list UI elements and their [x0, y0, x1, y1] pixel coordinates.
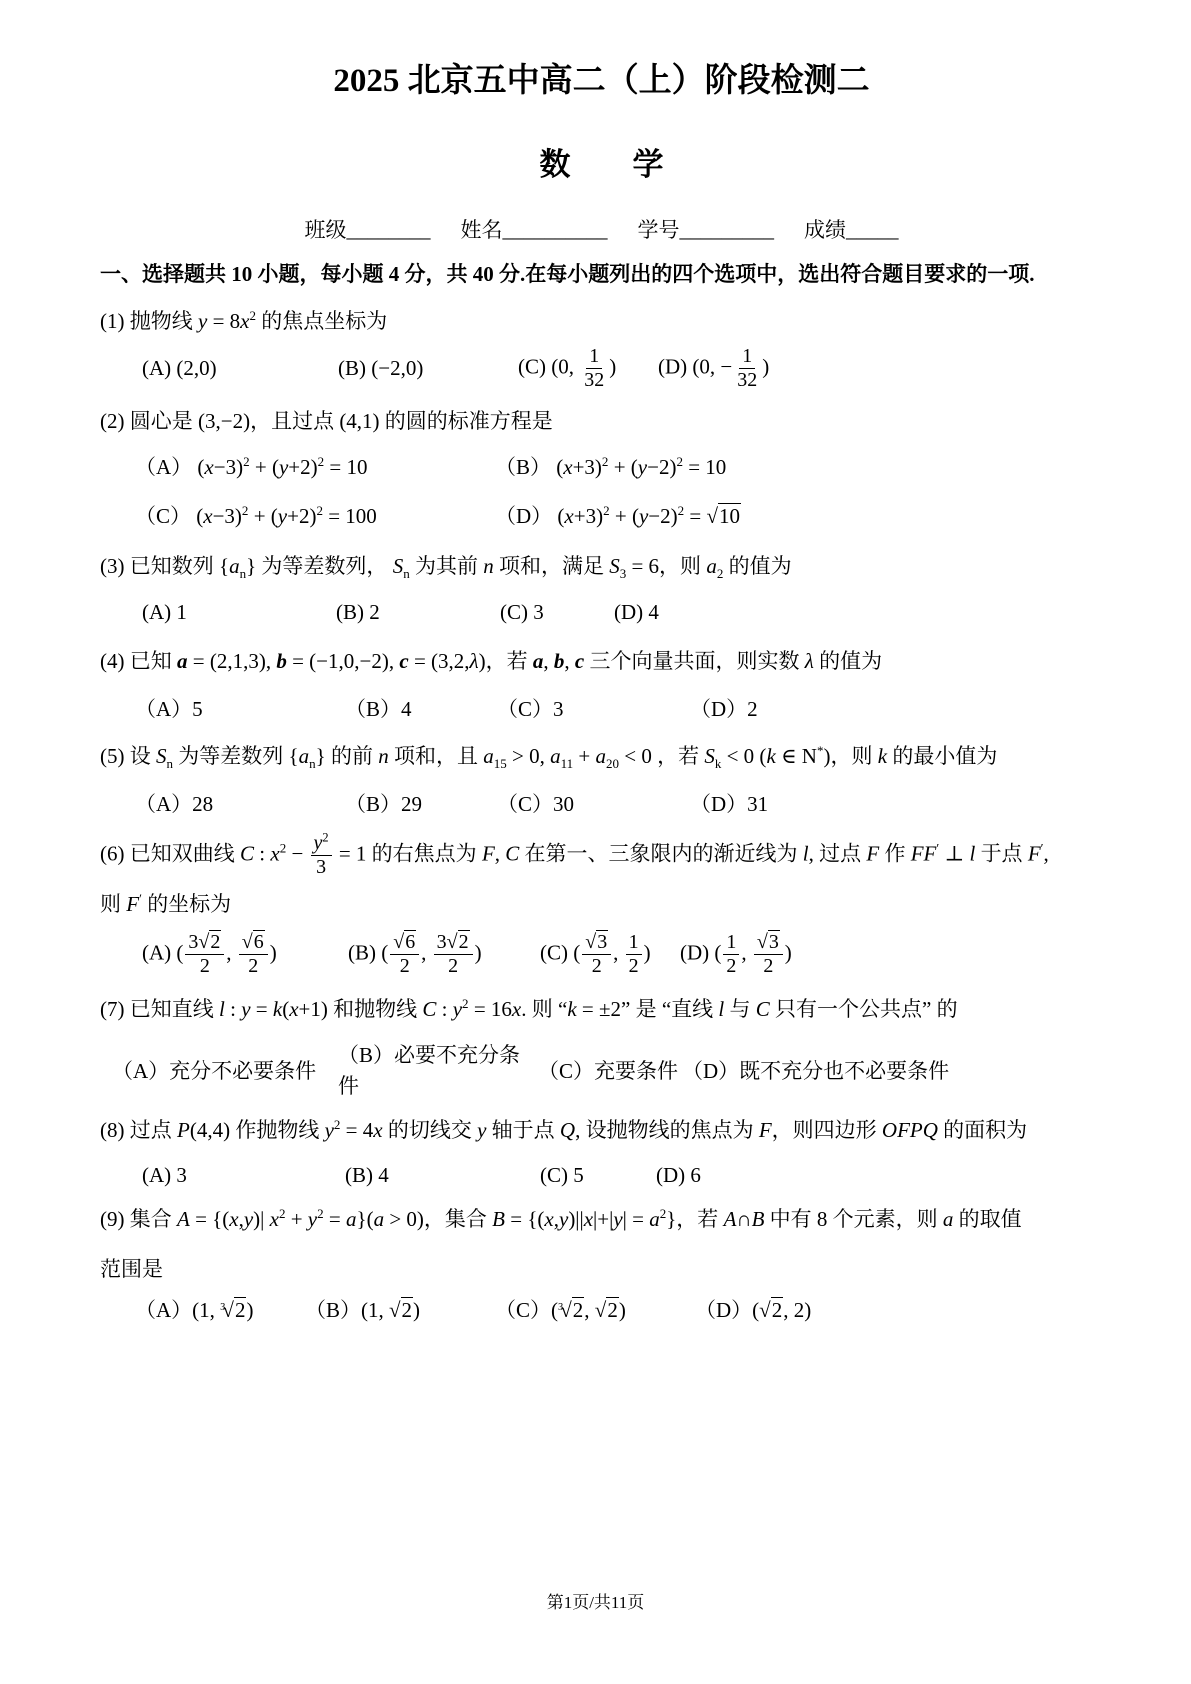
question-2-options-row-1: （A） (x−3)2 + (y+2)2 = 10 （B） (x+3)2 + (y… — [100, 452, 1103, 482]
question-6-options: (A) (3√22, √62) (B) (√62, 3√22) (C) (√32… — [100, 931, 1103, 978]
question-9-option-a: （A）(1, 3√2) — [135, 1295, 305, 1325]
question-6-stem-line-2: 则 F′ 的坐标为 — [100, 889, 1103, 919]
class-blank: 班级________ — [305, 217, 431, 244]
question-7-option-c: （C）充要条件 — [538, 1056, 682, 1086]
question-1-stem: (1) 抛物线 y = 8x2 的焦点坐标为 — [100, 306, 1103, 336]
question-9-option-c: （C）(3√2, √2) — [495, 1295, 695, 1325]
question-1-options: (A) (2,0) (B) (−2,0) (C) (0, 132) (D) (0… — [100, 345, 1103, 392]
question-7: (7) 已知直线 l : y = k(x+1) 和抛物线 C : y2 = 16… — [100, 994, 1103, 1101]
question-2-options-row-2: （C） (x−3)2 + (y+2)2 = 100 （D） (x+3)2 + (… — [100, 501, 1103, 531]
question-7-option-d: （D）既不充分也不必要条件 — [682, 1056, 949, 1086]
question-8-options: (A) 3 (B) 4 (C) 5 (D) 6 — [100, 1160, 1103, 1190]
question-6: (6) 已知双曲线 C : x2 − y23 = 1 的右焦点为 F, C 在第… — [100, 832, 1103, 978]
question-3-option-d: (D) 4 — [614, 597, 659, 627]
question-9-stem: (9) 集合 A = {(x,y)| x2 + y2 = a}(a > 0)，集… — [100, 1204, 1103, 1234]
question-4-stem: (4) 已知 a = (2,1,3), b = (−1,0,−2), c = (… — [100, 646, 1103, 676]
question-2: (2) 圆心是 (3,−2)，且过点 (4,1) 的圆的标准方程是 （A） (x… — [100, 406, 1103, 531]
exam-page: 2025 北京五中高二（上）阶段检测二 数 学 班级________ 姓名___… — [0, 0, 1191, 1684]
question-4-options: （A）5 （B）4 （C）3 （D）2 — [100, 694, 1103, 724]
section-header: 一、选择题共 10 小题，每小题 4 分，共 40 分.在每小题列出的四个选项中… — [100, 260, 1103, 288]
question-8-option-c: (C) 5 — [540, 1160, 656, 1190]
question-5-options: （A）28 （B）29 （C）30 （D）31 — [100, 789, 1103, 819]
question-9: (9) 集合 A = {(x,y)| x2 + y2 = a}(a > 0)，集… — [100, 1204, 1103, 1325]
question-5-option-d: （D）31 — [690, 789, 768, 819]
question-9-option-b: （B）(1, √2) — [305, 1295, 495, 1325]
subject-title: 数 学 — [100, 146, 1103, 183]
page-number-footer: 第1页/共11页 — [0, 1588, 1191, 1613]
student-id-blank: 学号_________ — [638, 217, 775, 244]
question-3-option-c: (C) 3 — [500, 597, 614, 627]
question-1: (1) 抛物线 y = 8x2 的焦点坐标为 (A) (2,0) (B) (−2… — [100, 306, 1103, 391]
question-6-option-b: (B) (√62, 3√22) — [348, 931, 540, 978]
question-7-options: （A）充分不必要条件 （B）必要不充分条件 （C）充要条件 （D）既不充分也不必… — [100, 1040, 1103, 1101]
question-1-option-b: (B) (−2,0) — [338, 353, 518, 383]
question-5: (5) 设 Sn 为等差数列 {an} 的前 n 项和，且 a15 > 0, a… — [100, 741, 1103, 820]
question-3-option-a: (A) 1 — [142, 597, 336, 627]
question-5-option-c: （C）30 — [497, 789, 690, 819]
question-6-option-c: (C) (√32, 12) — [540, 931, 680, 978]
question-3-option-b: (B) 2 — [336, 597, 500, 627]
question-3-stem: (3) 已知数列 {an} 为等差数列， Sn 为其前 n 项和，满足 S3 =… — [100, 551, 1103, 581]
question-1-option-c: (C) (0, 132) — [518, 345, 658, 392]
question-8: (8) 过点 P(4,4) 作抛物线 y2 = 4x 的切线交 y 轴于点 Q,… — [100, 1115, 1103, 1190]
question-2-option-a: （A） (x−3)2 + (y+2)2 = 10 — [135, 452, 495, 482]
question-7-stem: (7) 已知直线 l : y = k(x+1) 和抛物线 C : y2 = 16… — [100, 994, 1103, 1024]
question-5-option-a: （A）28 — [135, 789, 345, 819]
question-4-option-d: （D）2 — [690, 694, 758, 724]
question-5-stem: (5) 设 Sn 为等差数列 {an} 的前 n 项和，且 a15 > 0, a… — [100, 741, 1103, 771]
exam-content: 2025 北京五中高二（上）阶段检测二 数 学 班级________ 姓名___… — [0, 62, 1191, 1325]
question-4: (4) 已知 a = (2,1,3), b = (−1,0,−2), c = (… — [100, 646, 1103, 725]
question-2-option-b: （B） (x+3)2 + (y−2)2 = 10 — [495, 452, 726, 482]
question-9-stem-line-2: 范围是 — [100, 1254, 1103, 1284]
question-4-option-c: （C）3 — [497, 694, 690, 724]
question-4-option-a: （A）5 — [135, 694, 345, 724]
question-8-option-b: (B) 4 — [345, 1160, 540, 1190]
question-9-options: （A）(1, 3√2) （B）(1, √2) （C）(3√2, √2) （D）(… — [100, 1295, 1103, 1325]
question-6-option-a: (A) (3√22, √62) — [142, 931, 348, 978]
question-6-stem: (6) 已知双曲线 C : x2 − y23 = 1 的右焦点为 F, C 在第… — [100, 832, 1103, 879]
question-8-stem: (8) 过点 P(4,4) 作抛物线 y2 = 4x 的切线交 y 轴于点 Q,… — [100, 1115, 1103, 1145]
question-8-option-a: (A) 3 — [142, 1160, 345, 1190]
question-2-option-c: （C） (x−3)2 + (y+2)2 = 100 — [135, 501, 495, 531]
question-6-option-d: (D) (12, √32) — [680, 931, 792, 978]
score-blank: 成绩_____ — [804, 217, 899, 244]
question-2-stem: (2) 圆心是 (3,−2)，且过点 (4,1) 的圆的标准方程是 — [100, 406, 1103, 436]
page-title: 2025 北京五中高二（上）阶段检测二 — [100, 62, 1103, 102]
question-7-option-b: （B）必要不充分条件 — [338, 1040, 538, 1101]
question-3-options: (A) 1 (B) 2 (C) 3 (D) 4 — [100, 597, 1103, 627]
question-8-option-d: (D) 6 — [656, 1160, 701, 1190]
question-3: (3) 已知数列 {an} 为等差数列， Sn 为其前 n 项和，满足 S3 =… — [100, 551, 1103, 628]
question-4-option-b: （B）4 — [345, 694, 497, 724]
question-1-option-d: (D) (0, −132) — [658, 345, 769, 392]
question-1-option-a: (A) (2,0) — [142, 353, 338, 383]
question-7-option-a: （A）充分不必要条件 — [112, 1056, 338, 1086]
question-9-option-d: （D）(√2, 2) — [695, 1295, 811, 1325]
question-5-option-b: （B）29 — [345, 789, 497, 819]
question-2-option-d: （D） (x+3)2 + (y−2)2 = √10 — [495, 501, 741, 531]
student-info-line: 班级________ 姓名__________ 学号_________ 成绩__… — [100, 217, 1103, 244]
name-blank: 姓名__________ — [461, 217, 608, 244]
